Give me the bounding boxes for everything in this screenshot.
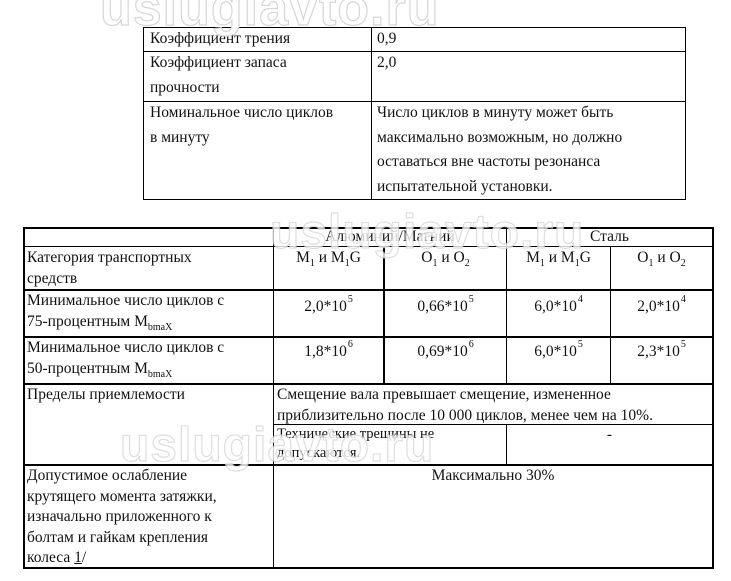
acceptance-limits-label: Пределы приемлемости [27, 385, 272, 406]
safety-factor-value: 2,0 [377, 51, 677, 76]
safety-factor-label: Коэффициент запаса прочности [150, 51, 370, 100]
category-o1-o2-alu: O1 и O2 [385, 248, 506, 271]
torque-loss-value: Максимально 30% [274, 466, 712, 487]
cracks-criterion: Технические трещины не допускаются. [277, 425, 505, 463]
min-cycles-75-steel-m1: 6,0*104 [507, 295, 610, 319]
min-cycles-75-alu-o1: 0,66*105 [385, 295, 506, 319]
min-cycles-50-alu-m1: 1,8*106 [274, 340, 383, 364]
steel-cracks-value: - [507, 425, 712, 446]
min-cycles-75-label: Минимальное число циклов с 75-процентным… [27, 291, 272, 334]
shaft-displacement-criterion: Смещение вала превышает смещение, измене… [277, 385, 712, 426]
cycles-per-minute-label: Номинальное число циклов в минуту [150, 101, 370, 150]
footnote-link[interactable]: 1 [74, 549, 82, 566]
min-cycles-75-steel-o1: 2,0*104 [611, 295, 712, 319]
min-cycles-50-steel-m1: 6,0*105 [507, 340, 610, 364]
cycles-per-minute-value: Число циклов в минуту может быть максима… [377, 101, 682, 199]
min-cycles-50-alu-o1: 0,69*106 [385, 340, 506, 364]
category-m1-m1g-steel: M1 и M1G [507, 248, 610, 271]
category-o1-o2-steel: O1 и O2 [611, 248, 712, 271]
min-cycles-50-label: Минимальное число циклов с 50-процентным… [27, 338, 272, 381]
friction-coefficient-value: 0,9 [377, 27, 677, 52]
vehicle-category-label: Категория транспортных средств [27, 248, 272, 289]
min-cycles-50-steel-o1: 2,3*105 [611, 340, 712, 364]
friction-coefficient-label: Коэффициент трения [150, 27, 370, 52]
aluminium-magnesium-header: Алюминий/Магний [274, 227, 506, 246]
min-cycles-75-alu-m1: 2,0*105 [274, 295, 383, 319]
torque-loss-label: Допустимое ослабление крутящего момента … [27, 466, 272, 569]
category-m1-m1g-alu: M1 и M1G [274, 248, 383, 271]
steel-header: Сталь [507, 227, 712, 246]
